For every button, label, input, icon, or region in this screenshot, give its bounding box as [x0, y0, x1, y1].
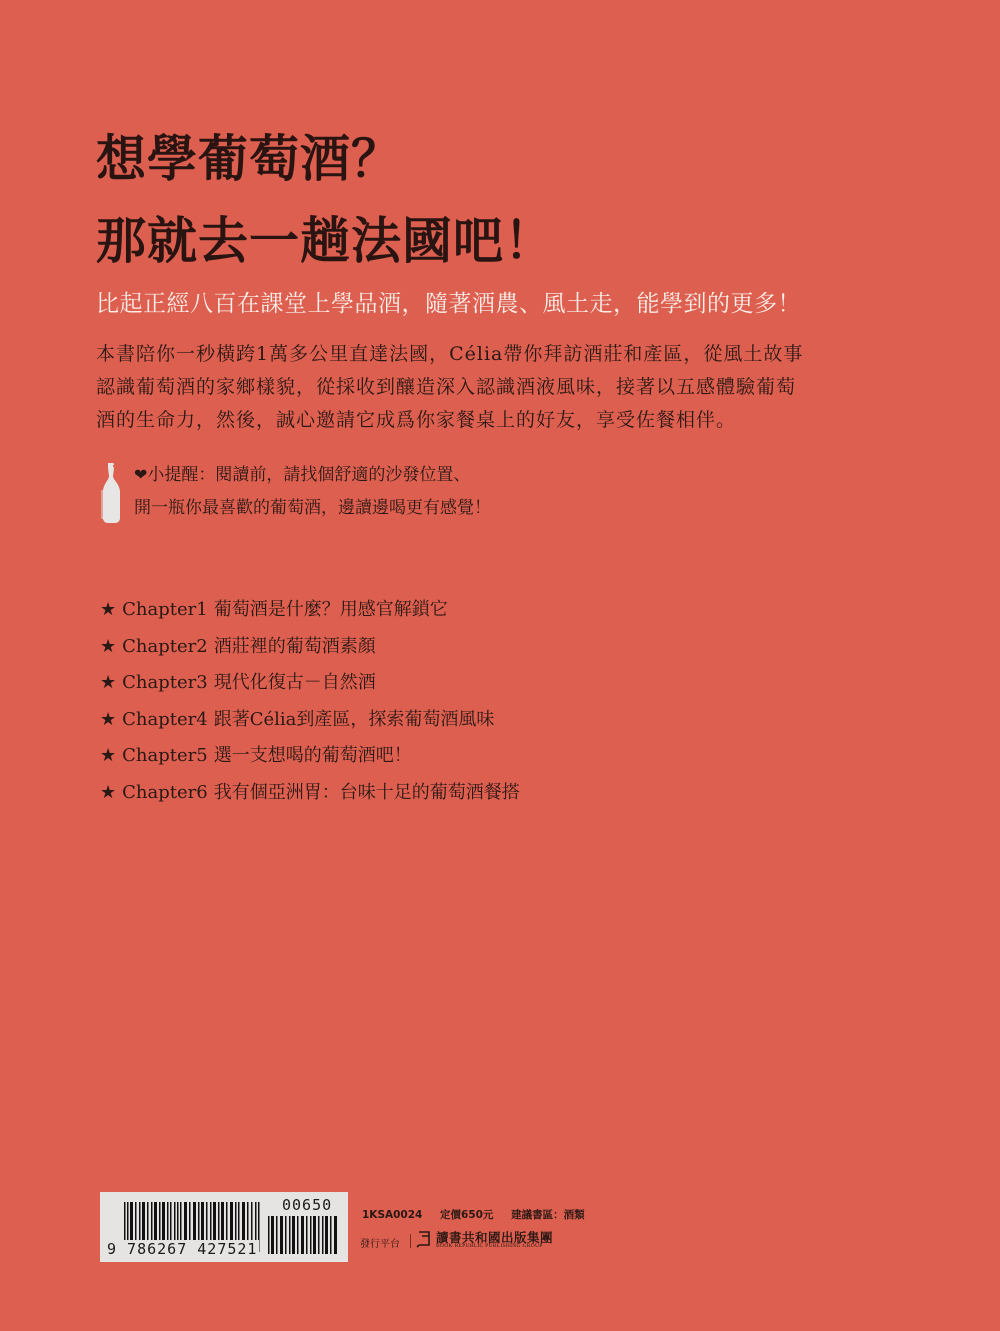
- divider: [410, 1234, 411, 1248]
- subtitle: 比起正經八百在課堂上學品酒，隨著酒農、風土走，能學到的更多！: [96, 288, 801, 320]
- wine-bottle-icon: [100, 462, 122, 524]
- chapter-title: 現代化復古－自然酒: [214, 672, 376, 693]
- chapter-title: 跟著Célia到產區，探索葡萄酒風味: [214, 709, 495, 730]
- chapter-item: ★Chapter4跟著Célia到產區，探索葡萄酒風味: [100, 702, 520, 739]
- chapter-number: Chapter3: [122, 672, 208, 693]
- chapter-number: Chapter6: [122, 782, 208, 803]
- chapter-item: ★Chapter5選一支想喝的葡萄酒吧！: [100, 738, 520, 775]
- chapter-title: 葡萄酒是什麼？用感官解鎖它: [214, 599, 448, 620]
- chapter-item: ★Chapter3現代化復古－自然酒: [100, 665, 520, 702]
- star-icon: ★: [100, 745, 116, 766]
- intro-line: 酒的生命力，然後，誠心邀請它成爲你家餐桌上的好友，享受佐餐相伴。: [96, 404, 836, 437]
- heart-icon: ❤: [134, 465, 147, 484]
- price-addon-code: 00650: [282, 1196, 332, 1214]
- tip-line-1: ❤小提醒：閱讀前，請找個舒適的沙發位置、: [134, 458, 491, 492]
- price: 定價650元: [440, 1209, 493, 1221]
- chapter-item: ★Chapter6我有個亞洲胃：台味十足的葡萄酒餐搭: [100, 775, 520, 812]
- publisher-name-en: BOOK REPUBLIC PUBLISHING GROUP: [436, 1243, 543, 1249]
- star-icon: ★: [100, 782, 116, 803]
- headline-line-2: 那就去一趟法國吧！: [96, 200, 555, 282]
- intro-line: 認識葡萄酒的家鄉樣貌，從採收到釀造深入認識酒液風味，接著以五感體驗葡萄: [96, 371, 836, 404]
- isbn-barcode: 9 786267 427521 00650: [100, 1192, 348, 1262]
- reading-tip: ❤小提醒：閱讀前，請找個舒適的沙發位置、 開一瓶你最喜歡的葡萄酒，邊讀邊喝更有感…: [100, 458, 560, 528]
- star-icon: ★: [100, 636, 116, 657]
- chapter-title: 我有個亞洲胃：台味十足的葡萄酒餐搭: [214, 782, 520, 803]
- chapter-list: ★Chapter1葡萄酒是什麼？用感官解鎖它 ★Chapter2酒莊裡的葡萄酒素…: [100, 592, 520, 811]
- star-icon: ★: [100, 599, 116, 620]
- headline-line-1: 想學葡萄酒？: [96, 118, 555, 200]
- product-code: 1KSA0024: [362, 1209, 422, 1221]
- publisher-label: 發行平台: [360, 1235, 400, 1250]
- chapter-title: 選一支想喝的葡萄酒吧！: [214, 745, 412, 766]
- headline: 想學葡萄酒？ 那就去一趟法國吧！: [96, 118, 555, 282]
- chapter-item: ★Chapter1葡萄酒是什麼？用感官解鎖它: [100, 592, 520, 629]
- chapter-item: ★Chapter2酒莊裡的葡萄酒素顏: [100, 629, 520, 666]
- chapter-number: Chapter1: [122, 599, 208, 620]
- star-icon: ★: [100, 672, 116, 693]
- book-meta: 1KSA0024 定價650元 建議書區：酒類: [362, 1207, 599, 1222]
- chapter-title: 酒莊裡的葡萄酒素顏: [214, 636, 376, 657]
- isbn-number: 9 786267 427521: [105, 1240, 259, 1258]
- publisher-logo-icon: [416, 1230, 432, 1248]
- tip-line-2: 開一瓶你最喜歡的葡萄酒，邊讀邊喝更有感覺！: [134, 492, 491, 525]
- intro-line: 本書陪你一秒橫跨1萬多公里直達法國，Célia帶你拜訪酒莊和產區，從風土故事: [96, 338, 836, 371]
- intro-paragraph: 本書陪你一秒橫跨1萬多公里直達法國，Célia帶你拜訪酒莊和產區，從風土故事 認…: [96, 338, 836, 437]
- star-icon: ★: [100, 709, 116, 730]
- chapter-number: Chapter2: [122, 636, 208, 657]
- chapter-number: Chapter4: [122, 709, 208, 730]
- chapter-number: Chapter5: [122, 745, 208, 766]
- shelf-category: 建議書區：酒類: [511, 1209, 585, 1221]
